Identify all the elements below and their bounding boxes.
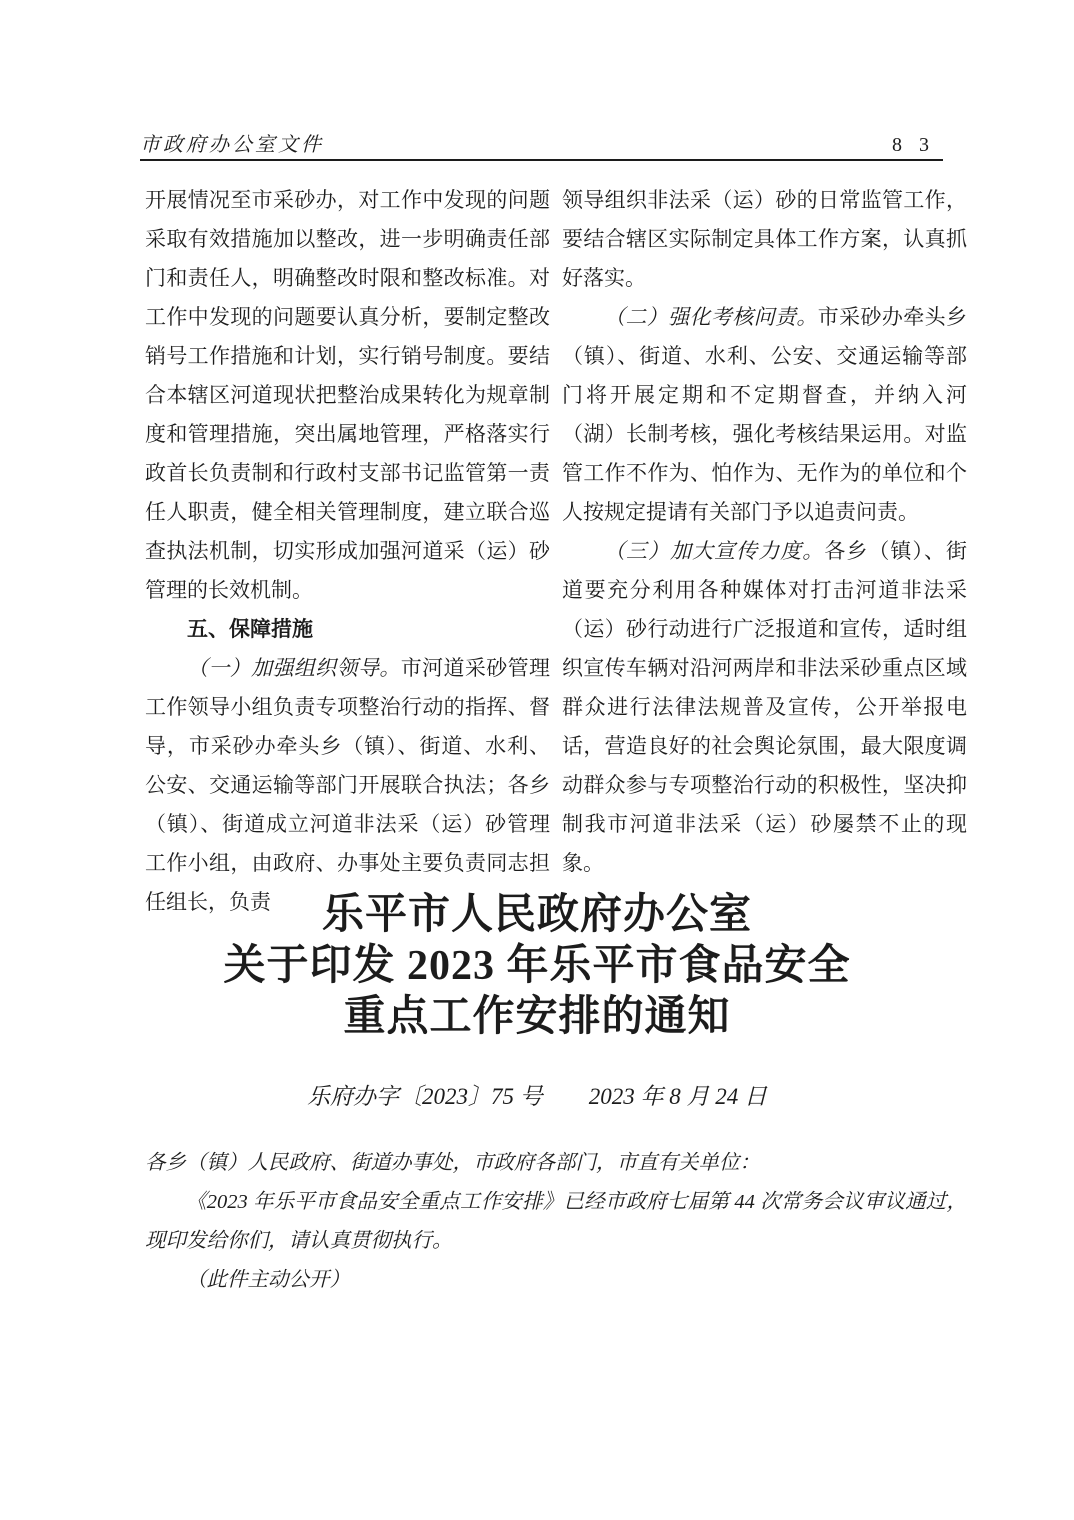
item-1-text: 市河道采砂管理工作领导小组负责专项整治行动的指挥、督导，市采砂办牵头乡（镇）、街…	[145, 656, 550, 914]
notice-body: 各乡（镇）人民政府、街道办事处，市政府各部门，市直有关单位： 《2023 年乐平…	[145, 1144, 967, 1300]
page-number: 8 3	[892, 134, 943, 157]
document-number-line: 乐府办字〔2023〕75 号2023 年 8 月 24 日	[0, 1078, 1074, 1111]
paragraph-item-1: （一）加强组织领导。市河道采砂管理工作领导小组负责专项整治行动的指挥、督导，市采…	[145, 649, 550, 922]
paragraph-item-2: （二）强化考核问责。市采砂办牵头乡（镇）、街道、水利、公安、交通运输等部门将开展…	[562, 298, 967, 532]
right-column: 领导组织非法采（运）砂的日常监管工作，要结合辖区实际制定具体工作方案，认真抓好落…	[562, 181, 967, 922]
notice-title-line-3: 重点工作安排的通知	[0, 992, 1074, 1043]
item-2-label: （二）强化考核问责。	[604, 305, 818, 329]
item-1-label: （一）加强组织领导。	[187, 656, 401, 680]
section-heading: 五、保障措施	[145, 610, 550, 649]
disclosure-note: （此件主动公开）	[145, 1261, 967, 1300]
document-header: 市政府办公室文件 8 3	[140, 128, 943, 161]
header-title: 市政府办公室文件	[140, 128, 324, 157]
left-column: 开展情况至市采砂办，对工作中发现的问题采取有效措施加以整改，进一步明确责任部门和…	[145, 181, 550, 922]
item-3-label: （三）加大宣传力度。	[604, 539, 824, 563]
notice-body-paragraph: 《2023 年乐平市食品安全重点工作安排》已经市政府七届第 44 次常务会议审议…	[145, 1183, 967, 1261]
paragraph-continuation-right: 领导组织非法采（运）砂的日常监管工作，要结合辖区实际制定具体工作方案，认真抓好落…	[562, 181, 967, 298]
paragraph-continuation: 开展情况至市采砂办，对工作中发现的问题采取有效措施加以整改，进一步明确责任部门和…	[145, 181, 550, 610]
item-3-text: 各乡（镇）、街道要充分利用各种媒体对打击河道非法采（运）砂行动进行广泛报道和宣传…	[562, 539, 967, 875]
document-page: 市政府办公室文件 8 3 开展情况至市采砂办，对工作中发现的问题采取有效措施加以…	[0, 0, 1074, 1520]
paragraph-item-3: （三）加大宣传力度。各乡（镇）、街道要充分利用各种媒体对打击河道非法采（运）砂行…	[562, 532, 967, 883]
notice-title: 乐平市人民政府办公室 关于印发 2023 年乐平市食品安全 重点工作安排的通知	[0, 890, 1074, 1043]
notice-title-line-2: 关于印发 2023 年乐平市食品安全	[0, 941, 1074, 992]
recipients-line: 各乡（镇）人民政府、街道办事处，市政府各部门，市直有关单位：	[145, 1144, 967, 1183]
notice-title-line-1: 乐平市人民政府办公室	[0, 890, 1074, 941]
document-date: 2023 年 8 月 24 日	[589, 1084, 767, 1109]
body-columns: 开展情况至市采砂办，对工作中发现的问题采取有效措施加以整改，进一步明确责任部门和…	[145, 181, 967, 922]
document-number: 乐府办字〔2023〕75 号	[307, 1084, 543, 1109]
item-2-text: 市采砂办牵头乡（镇）、街道、水利、公安、交通运输等部门将开展定期和不定期督查，并…	[562, 305, 967, 524]
